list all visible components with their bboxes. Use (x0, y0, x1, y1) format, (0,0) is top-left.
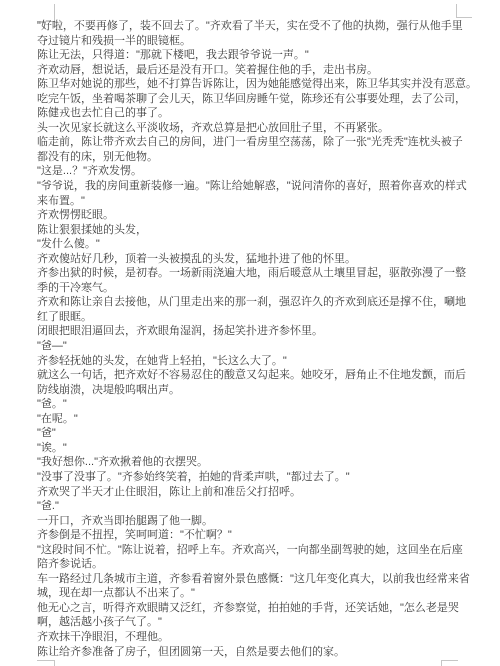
text-line: 啊，越活越小孩子气了。" (37, 615, 469, 630)
text-line: 陈卫华对她说的那些，她不打算告诉陈让，因为她能感觉得出来，陈卫华其实并没有恶意。 (37, 77, 469, 92)
text-line: 齐参出狱的时候，是初春。一场新雨浇遍大地，雨后暖意从土壤里冒起，驱散弥漫了一整 (37, 266, 469, 281)
text-line: "爸." (37, 499, 469, 514)
text-line: 陪齐参说话。 (37, 557, 469, 572)
text-line: "这是...？"齐欢发愣。 (37, 164, 469, 179)
text-line: "这段时间不忙。"陈让说着，招呼上车。齐欢高兴，一向都坐副驾驶的她，这回坐在后座 (37, 543, 469, 558)
text-line: "在呢。" (37, 412, 469, 427)
text-line: 车一路经过几条城市主道，齐参看着窗外景色感慨："这几年变化真大，以前我也经常来省 (37, 572, 469, 587)
text-line: 头一次见家长就这么平淡收场，齐欢总算是把心放回肚子里，不再紧张。 (37, 121, 469, 136)
text-line: 红了眼眶。 (37, 310, 469, 325)
text-line: 吃完午饭，坐着喝茶聊了会儿天，陈卫华回房睡午觉，陈珍还有公事要处理，去了公司， (37, 92, 469, 107)
text-line: 陈让狠狠揉她的头发， (37, 223, 469, 238)
text-line: 齐欢傻站好几秒，顶着一头被摸乱的头发，猛地扑进了他的怀里。 (37, 252, 469, 267)
text-line: 陈让无法，只得道："那就下楼吧，我去跟爷爷说一声。" (37, 48, 469, 63)
text-line: 齐欢愣愣眨眼。 (37, 208, 469, 223)
text-line: 夺过镜片和残损一半的眼镜框。 (37, 34, 469, 49)
text-boundary-mark-top-right-icon (456, 4, 472, 18)
text-line: 齐欢和陈让亲自去接他，从门里走出来的那一刹，强忍许久的齐欢到底还是撑不住，唰地 (37, 295, 469, 310)
text-line: 季的干冷寒气。 (37, 281, 469, 296)
text-line: 陈健戎也去忙自己的事了。 (37, 106, 469, 121)
text-line: 齐欢动唇，想说话，最后还是没有开口。笑着握住他的手，走出书房。 (37, 63, 469, 78)
text-line: "爷爷说，我的房间重新装修一遍。"陈让给她解惑，"说问清你的喜好，照着你喜欢的样… (37, 179, 469, 194)
text-line: 他无心之言，听得齐欢眼睛又泛红，齐参察觉，拍拍她的手背，还笑话她，"怎么老是哭 (37, 601, 469, 616)
text-line: "爸。" (37, 397, 469, 412)
text-line: "爸—" (37, 339, 469, 354)
text-line: 陈让给齐参准备了房子，但团圆第一天，自然是要去他们的家。 (37, 645, 469, 660)
text-line: "没事了没事了。"齐参始终笑着，拍她的背柔声哄，"都过去了。" (37, 470, 469, 485)
text-line: 一开口，齐欢当即抬腿踢了他一脚。 (37, 514, 469, 529)
text-line: "发什么傻。" (37, 237, 469, 252)
text-line: 就这么一句话，把齐欢好不容易忍住的酸意又勾起来。她咬牙，唇角止不住地发颤，而后 (37, 368, 469, 383)
text-line: 闭眼把眼泪逼回去，齐欢眼角湿润，扬起笑扑进齐参怀里。 (37, 324, 469, 339)
document-text: "好啦，不要再修了，装不回去了。"齐欢看了半天，实在受不了他的执拗，强行从他手里… (37, 19, 469, 659)
text-line: 齐欢抹干净眼泪，不理他。 (37, 630, 469, 645)
text-line: "我好想你..."齐欢揪着他的衣摆哭。 (37, 455, 469, 470)
text-boundary-mark-bottom-left-icon (37, 660, 55, 666)
text-line: "爸" (37, 426, 469, 441)
text-line: 都没有的床，别无他物。 (37, 150, 469, 165)
document-page: "好啦，不要再修了，装不回去了。"齐欢看了半天，实在受不了他的执拗，强行从他手里… (0, 0, 500, 666)
text-line: "诶。" (37, 441, 469, 456)
text-line: 防线崩溃，决堤般呜咽出声。 (37, 383, 469, 398)
text-line: 齐欢哭了半天才止住眼泪，陈让上前和准岳父打招呼。 (37, 485, 469, 500)
text-line: 来布置。" (37, 194, 469, 209)
text-line: "好啦，不要再修了，装不回去了。"齐欢看了半天，实在受不了他的执拗，强行从他手里 (37, 19, 469, 34)
text-line: 临走前，陈让带齐欢去自己的房间，进门一看房里空荡荡，除了一张"光秃秃"连枕头被子 (37, 135, 469, 150)
text-boundary-mark-bottom-right-icon (441, 660, 458, 666)
text-line: 城，现在却一点都认不出来了。" (37, 586, 469, 601)
text-line: 齐参轻抚她的头发，在她背上轻拍，"长这么大了。" (37, 354, 469, 369)
text-line: 齐参倒是不扭捏，笑呵呵道："不忙啊？" (37, 528, 469, 543)
